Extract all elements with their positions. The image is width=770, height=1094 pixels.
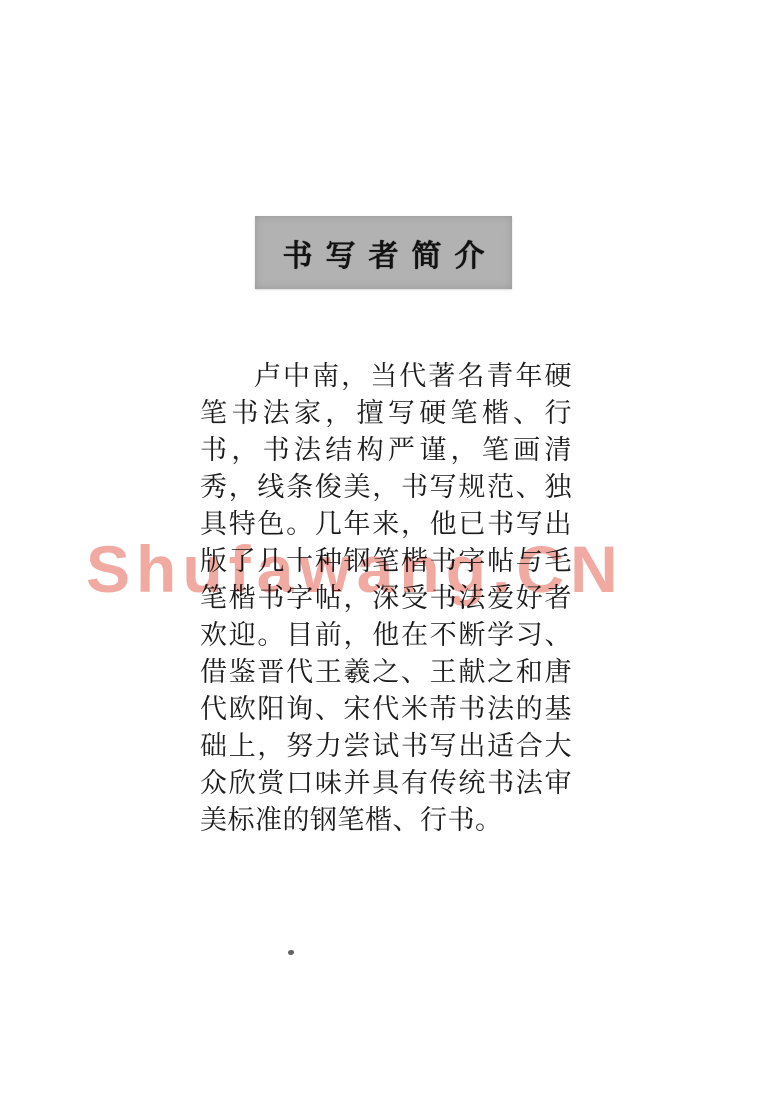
biography-paragraph: 卢中南，当代著名青年硬笔书法家，擅写硬笔楷、行书，书法结构严谨，笔画清秀，线条俊…	[200, 358, 572, 839]
section-title: 书写者简介	[283, 231, 498, 275]
scanned-book-page: 书写者简介 卢中南，当代著名青年硬笔书法家，擅写硬笔楷、行书，书法结构严谨，笔画…	[0, 0, 770, 1094]
scan-artifact-speck	[288, 950, 294, 955]
section-title-box: 书写者简介	[255, 216, 512, 289]
